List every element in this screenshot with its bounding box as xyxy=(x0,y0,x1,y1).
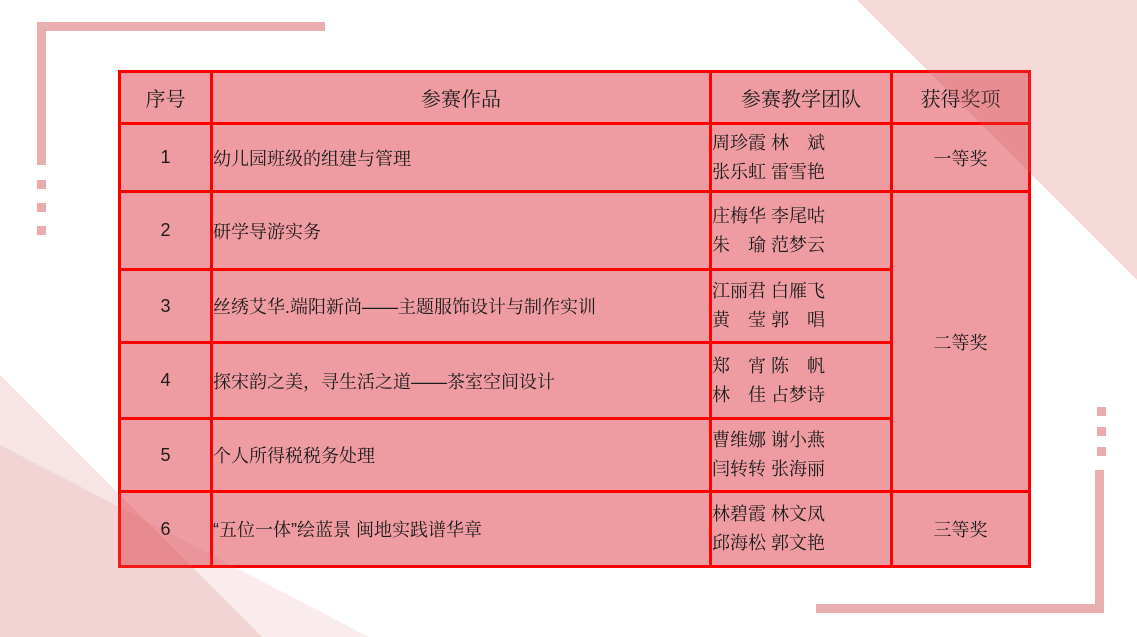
right-square-1 xyxy=(1097,407,1106,416)
team-line: 朱 瑜 范梦云 xyxy=(712,231,890,260)
top-left-bracket-horizontal xyxy=(37,22,325,31)
table-row: 2 研学导游实务 庄梅华 李尾咕 朱 瑜 范梦云 二等奖 xyxy=(120,192,1030,270)
left-square-2 xyxy=(37,203,46,212)
bottom-right-bracket-vertical xyxy=(1095,470,1104,613)
slide-canvas: 序号 参赛作品 参赛教学团队 获得奖项 1 幼儿园班级的组建与管理 周珍霞 林 … xyxy=(0,0,1137,637)
col-header-index: 序号 xyxy=(120,72,212,124)
work-title: 研学导游实务 xyxy=(212,192,711,270)
award-cell-third-prize: 三等奖 xyxy=(892,492,1030,567)
team-members: 周珍霞 林 斌 张乐虹 雷雪艳 xyxy=(711,124,892,192)
left-square-3 xyxy=(37,226,46,235)
team-line: 曹维娜 谢小燕 xyxy=(712,426,890,455)
col-header-team: 参赛教学团队 xyxy=(711,72,892,124)
team-line: 郑 宵 陈 帆 xyxy=(712,352,890,381)
header-row: 序号 参赛作品 参赛教学团队 获得奖项 xyxy=(120,72,1030,124)
work-title: 丝绣艾华.端阳新尚——主题服饰设计与制作实训 xyxy=(212,270,711,343)
row-number: 1 xyxy=(120,124,212,192)
work-title: “五位一体”绘蓝景 闽地实践谱华章 xyxy=(212,492,711,567)
row-number: 4 xyxy=(120,343,212,419)
work-title: 幼儿园班级的组建与管理 xyxy=(212,124,711,192)
team-line: 张乐虹 雷雪艳 xyxy=(712,158,890,187)
team-line: 林碧霞 林文凤 xyxy=(712,500,890,529)
team-line: 林 佳 占梦诗 xyxy=(712,381,890,410)
row-number: 2 xyxy=(120,192,212,270)
award-cell-second-prize: 二等奖 xyxy=(892,192,1030,492)
work-title: 个人所得税税务处理 xyxy=(212,419,711,492)
team-line: 邱海松 郭文艳 xyxy=(712,529,890,558)
team-members: 曹维娜 谢小燕 闫转转 张海丽 xyxy=(711,419,892,492)
bottom-right-bracket-horizontal xyxy=(816,604,1104,613)
row-number: 6 xyxy=(120,492,212,567)
award-cell-first-prize: 一等奖 xyxy=(892,124,1030,192)
team-members: 庄梅华 李尾咕 朱 瑜 范梦云 xyxy=(711,192,892,270)
right-square-2 xyxy=(1097,427,1106,436)
work-title: 探宋韵之美，寻生活之道——茶室空间设计 xyxy=(212,343,711,419)
awards-table: 序号 参赛作品 参赛教学团队 获得奖项 1 幼儿园班级的组建与管理 周珍霞 林 … xyxy=(118,70,1031,568)
col-header-work: 参赛作品 xyxy=(212,72,711,124)
team-line: 闫转转 张海丽 xyxy=(712,455,890,484)
col-header-award: 获得奖项 xyxy=(892,72,1030,124)
table-row: 1 幼儿园班级的组建与管理 周珍霞 林 斌 张乐虹 雷雪艳 一等奖 xyxy=(120,124,1030,192)
team-line: 黄 莹 郭 唱 xyxy=(712,306,890,335)
top-left-bracket-vertical xyxy=(37,22,46,165)
right-square-3 xyxy=(1097,447,1106,456)
table-row: 6 “五位一体”绘蓝景 闽地实践谱华章 林碧霞 林文凤 邱海松 郭文艳 三等奖 xyxy=(120,492,1030,567)
team-members: 江丽君 白雁飞 黄 莹 郭 唱 xyxy=(711,270,892,343)
left-square-1 xyxy=(37,180,46,189)
team-line: 庄梅华 李尾咕 xyxy=(712,202,890,231)
team-members: 林碧霞 林文凤 邱海松 郭文艳 xyxy=(711,492,892,567)
team-line: 周珍霞 林 斌 xyxy=(712,129,890,158)
row-number: 5 xyxy=(120,419,212,492)
team-line: 江丽君 白雁飞 xyxy=(712,277,890,306)
row-number: 3 xyxy=(120,270,212,343)
team-members: 郑 宵 陈 帆 林 佳 占梦诗 xyxy=(711,343,892,419)
